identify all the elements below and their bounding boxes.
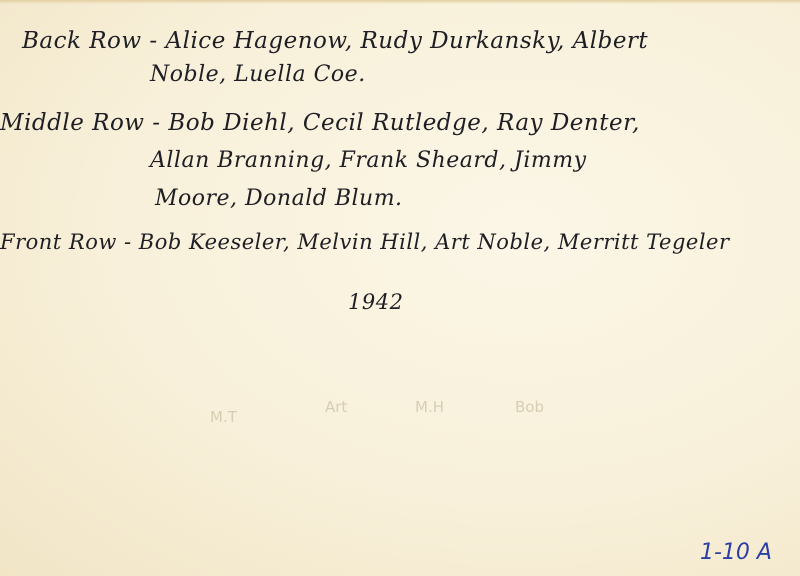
caption-line-back-row-cont: Noble, Luella Coe. xyxy=(150,62,366,87)
pencil-note: Art xyxy=(325,398,347,416)
caption-line-middle-row-cont2: Moore, Donald Blum. xyxy=(155,186,403,211)
catalog-number: 1-10 A xyxy=(700,540,772,565)
caption-line-front-row: Front Row - Bob Keeseler, Melvin Hill, A… xyxy=(0,230,730,254)
caption-line-back-row: Back Row - Alice Hagenow, Rudy Durkansky… xyxy=(22,28,648,54)
pencil-note: M.H xyxy=(415,398,444,416)
caption-line-middle-row: Middle Row - Bob Diehl, Cecil Rutledge, … xyxy=(0,110,640,136)
pencil-note: M.T xyxy=(210,408,237,426)
photo-edge xyxy=(0,0,800,4)
year-label: 1942 xyxy=(348,290,403,314)
pencil-note: Bob xyxy=(515,398,544,416)
caption-line-middle-row-cont1: Allan Branning, Frank Sheard, Jimmy xyxy=(150,148,587,173)
